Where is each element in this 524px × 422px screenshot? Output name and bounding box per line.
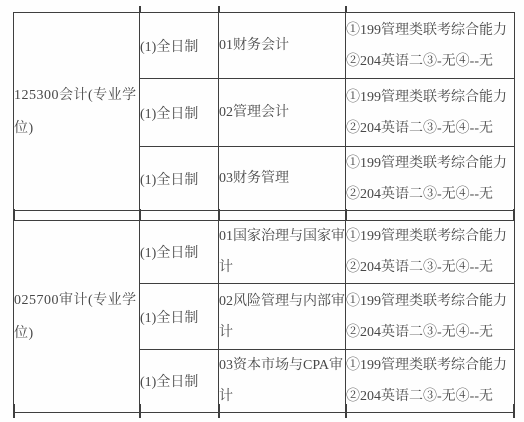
schedule-cell: (1)全日制: [140, 350, 219, 413]
admissions-table-screenshot: 125300会计(专业学位) (1)全日制 01财务会计 ①199管理类联考综合…: [0, 0, 524, 422]
program-cell: 125300会计(专业学位): [14, 13, 140, 211]
exam-line-2: ②204英语二③-无④--无: [346, 381, 514, 412]
exam-line-2: ②204英语二③-无④--无: [346, 252, 514, 283]
exam-subjects-cell: ①199管理类联考综合能力 ②204英语二③-无④--无: [346, 13, 515, 79]
table-row: 125300会计(专业学位) (1)全日制 01财务会计 ①199管理类联考综合…: [14, 13, 515, 79]
direction-cell: 02风险管理与内部审计: [219, 284, 346, 350]
exam-subjects-cell: ①199管理类联考综合能力 ②204英语二③-无④--无: [346, 147, 515, 211]
direction-cell: 01财务会计: [219, 13, 346, 79]
direction-cell: 03资本市场与CPA审计: [219, 350, 346, 413]
schedule-cell: (1)全日制: [140, 147, 219, 211]
program-cell: 025700审计(专业学位): [14, 221, 140, 413]
exam-line-1: ①199管理类联考综合能力: [346, 15, 514, 46]
exam-subjects-cell: ①199管理类联考综合能力 ②204英语二③-无④--无: [346, 221, 515, 284]
exam-line-1: ①199管理类联考综合能力: [346, 286, 514, 317]
exam-line-1: ①199管理类联考综合能力: [346, 350, 514, 381]
exam-line-2: ②204英语二③-无④--无: [346, 317, 514, 348]
exam-line-1: ①199管理类联考综合能力: [346, 148, 514, 179]
direction-cell: 01国家治理与国家审计: [219, 221, 346, 284]
exam-subjects-cell: ①199管理类联考综合能力 ②204英语二③-无④--无: [346, 284, 515, 350]
exam-line-2: ②204英语二③-无④--无: [346, 113, 514, 144]
program-label: 025700审计(专业学位): [14, 293, 137, 341]
exam-line-1: ①199管理类联考综合能力: [346, 82, 514, 113]
exam-line-2: ②204英语二③-无④--无: [346, 46, 514, 77]
program-table-accounting: 125300会计(专业学位) (1)全日制 01财务会计 ①199管理类联考综合…: [13, 12, 515, 211]
program-table-audit: 025700审计(专业学位) (1)全日制 01国家治理与国家审计 ①199管理…: [13, 220, 515, 413]
program-label: 125300会计(专业学位): [14, 88, 137, 136]
table-row: 025700审计(专业学位) (1)全日制 01国家治理与国家审计 ①199管理…: [14, 221, 515, 284]
exam-line-2: ②204英语二③-无④--无: [346, 179, 514, 210]
exam-line-1: ①199管理类联考综合能力: [346, 221, 514, 252]
exam-subjects-cell: ①199管理类联考综合能力 ②204英语二③-无④--无: [346, 350, 515, 413]
schedule-cell: (1)全日制: [140, 79, 219, 147]
direction-cell: 02管理会计: [219, 79, 346, 147]
schedule-cell: (1)全日制: [140, 13, 219, 79]
direction-cell: 03财务管理: [219, 147, 346, 211]
exam-subjects-cell: ①199管理类联考综合能力 ②204英语二③-无④--无: [346, 79, 515, 147]
schedule-cell: (1)全日制: [140, 221, 219, 284]
schedule-cell: (1)全日制: [140, 284, 219, 350]
